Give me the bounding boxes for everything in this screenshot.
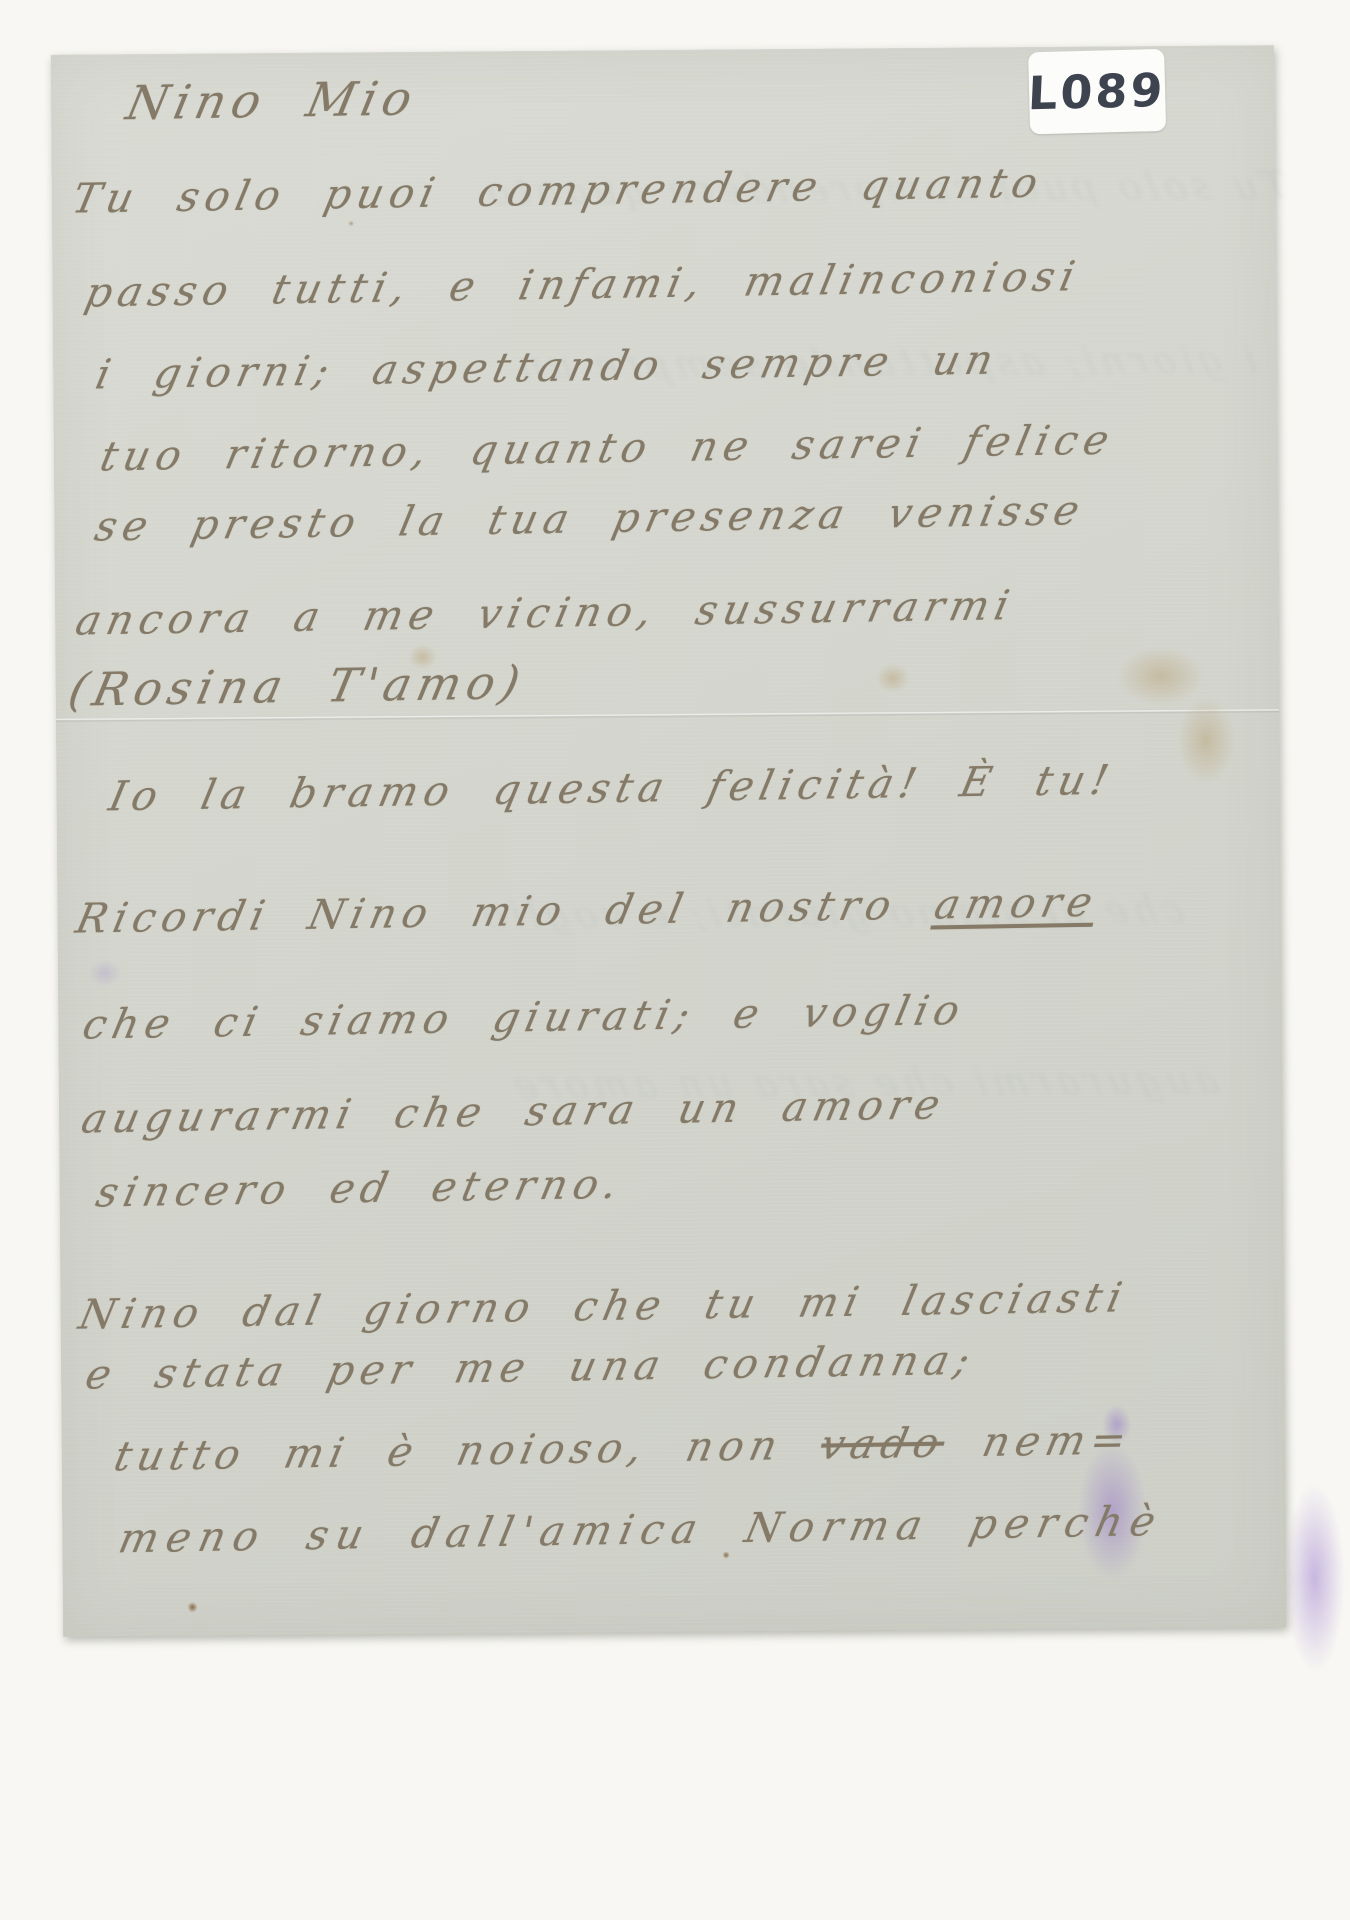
letter-line: Tu solo puoi comprendere quanto <box>68 159 1048 223</box>
letter-text: passo tutti, e infami, malinconiosi <box>81 252 1085 317</box>
letter-line: Io la bramo questa felicità! È tu! <box>105 756 1119 821</box>
letter-line: tuo ritorno, quanto ne sarei felice <box>96 416 1119 481</box>
letter-text: Ricordi Nino mio del nostro <box>72 880 941 942</box>
letter-line: meno su dall'amica Norma perchè <box>115 1497 1168 1562</box>
letter-text: se presto la tua presenza venisse <box>91 486 1090 550</box>
letter-line: Ricordi Nino mio del nostro amore <box>72 878 1103 943</box>
letter-line: i giorni; aspettando sempre un <box>92 336 1004 399</box>
paper-speck <box>348 220 354 226</box>
letter-text: Io la bramo questa felicità! È tu! <box>105 756 1119 821</box>
letter-line: augurarmi che sara un amore <box>77 1080 950 1142</box>
ink-stain-purple <box>1284 1483 1345 1673</box>
scan-page: { "scan": { "kind": "handwritten letter,… <box>0 0 1350 1920</box>
paper-stain-tan <box>1115 646 1205 707</box>
letter-line: passo tutti, e infami, malinconiosi <box>81 252 1085 317</box>
paper-speck <box>723 1552 730 1559</box>
letter-text: e stata per me una condanna; <box>81 1336 980 1399</box>
letter-paper: L089 Tu solo puoi comprendere quanto i g… <box>51 45 1286 1637</box>
archive-label-sticker: L089 <box>1028 49 1166 134</box>
letter-text: Tu solo puoi comprendere quanto <box>68 159 1048 223</box>
letter-text: ancora a me vicino, sussurrarmi <box>71 581 1019 645</box>
paper-speck <box>188 1602 197 1613</box>
letter-text: i giorni; aspettando sempre un <box>92 336 1004 399</box>
letter-text: nem= <box>939 1415 1137 1466</box>
letter-text: tutto mi è noioso, non <box>110 1421 827 1481</box>
letter-text: tuo ritorno, quanto ne sarei felice <box>96 416 1119 481</box>
letter-line: (Rosina T'amo) <box>64 655 531 717</box>
letter-line: e stata per me una condanna; <box>81 1336 980 1399</box>
letter-text-underlined: amore <box>930 878 1102 929</box>
letter-line: ancora a me vicino, sussurrarmi <box>71 581 1019 645</box>
letter-line: che ci siamo giurati; e voglio <box>79 986 970 1049</box>
archive-label-text: L089 <box>1027 63 1167 121</box>
letter-text: augurarmi che sara un amore <box>77 1080 950 1142</box>
letter-text-struck: vado <box>816 1419 949 1469</box>
letter-text: sincero ed eterno. <box>92 1160 628 1217</box>
letter-line: se presto la tua presenza venisse <box>91 486 1090 550</box>
letter-line: Nino dal giorno che tu mi lasciasti <box>75 1273 1132 1338</box>
letter-line: sincero ed eterno. <box>92 1160 628 1217</box>
letter-text: che ci siamo giurati; e voglio <box>79 986 970 1049</box>
letter-line: tutto mi è noioso, non vado nem= <box>110 1415 1137 1480</box>
letter-text: Nino dal giorno che tu mi lasciasti <box>75 1273 1132 1338</box>
letter-text: Nino Mio <box>121 71 422 131</box>
letter-salutation: Nino Mio <box>121 71 422 131</box>
letter-text: (Rosina T'amo) <box>64 655 531 717</box>
letter-text: meno su dall'amica Norma perchè <box>115 1497 1168 1562</box>
ink-stain-purple <box>88 959 122 987</box>
paper-stain-tan <box>876 663 910 693</box>
